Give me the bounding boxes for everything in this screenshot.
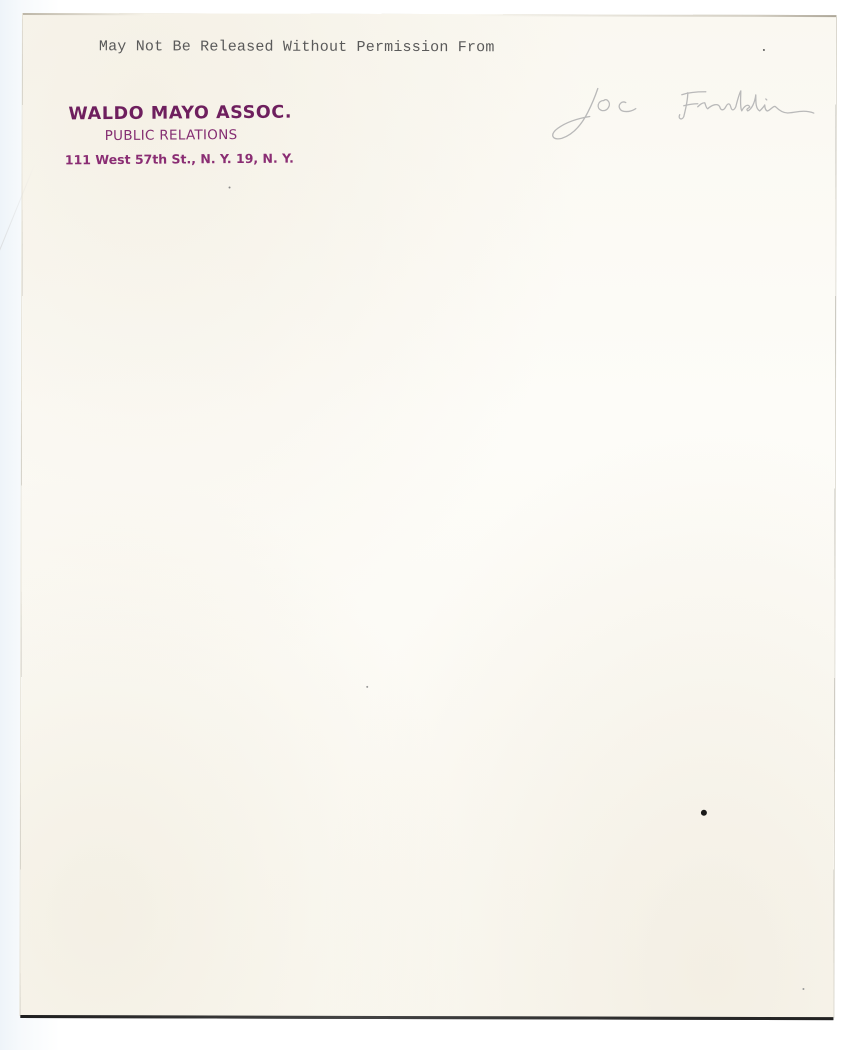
ink-dot bbox=[701, 810, 707, 816]
photo-back-paper: May Not Be Released Without Permission F… bbox=[20, 13, 836, 1018]
stamp-address: 111 West 57th St., N. Y. 19, N. Y. bbox=[65, 150, 305, 167]
stamp-agency-name: WALDO MAYO ASSOC. bbox=[64, 102, 304, 124]
ink-speck bbox=[802, 988, 804, 990]
ink-speck bbox=[366, 686, 368, 688]
ink-speck bbox=[229, 187, 231, 189]
signature-scribble-icon bbox=[538, 72, 838, 148]
stamp-department: PUBLIC RELATIONS bbox=[65, 126, 305, 144]
agency-stamp: WALDO MAYO ASSOC. PUBLIC RELATIONS 111 W… bbox=[64, 102, 304, 167]
ink-speck bbox=[763, 49, 765, 51]
typed-release-notice: May Not Be Released Without Permission F… bbox=[99, 38, 495, 56]
handwritten-signature: Joe Franklin bbox=[538, 72, 838, 148]
